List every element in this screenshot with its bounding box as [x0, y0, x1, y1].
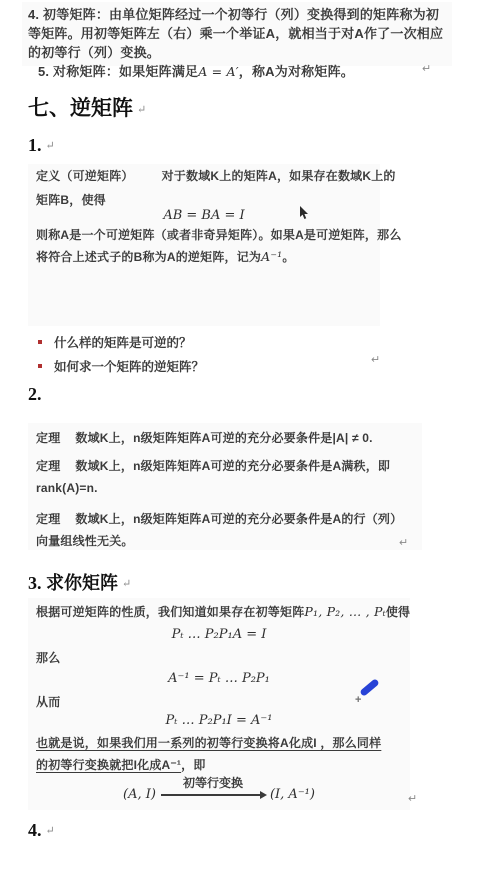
item-number: 1.	[28, 135, 42, 155]
text-line: 等矩阵。用初等矩阵左（右）乘一个举证A，就相当于对A作了一次相应	[28, 24, 446, 43]
theorem-block: 定理数域K上，n级矩阵矩阵A可逆的充分必要条件是|A| ≠ 0. 定理数域K上，…	[28, 423, 422, 550]
right-arrow-icon	[161, 794, 265, 796]
pen-plus-cursor-icon: +	[355, 694, 361, 706]
definition-line-2: 矩阵B，使得	[36, 192, 106, 208]
theorem-3-continued: 向量组线性无关。	[36, 533, 134, 549]
arrow-left-math: (A, I)	[123, 787, 156, 802]
paragraph-mark: ↵	[46, 825, 55, 837]
question-bullet-2: 如何求一个矩阵的逆矩阵？	[38, 357, 204, 375]
text-segment: 对于数域K上的矩阵A，如果存在数域K上的	[162, 169, 396, 183]
paragraph-mark: ↵	[371, 355, 380, 366]
section-heading: 七、逆矩阵↵	[28, 92, 146, 122]
inline-math: A⁻¹	[261, 249, 282, 264]
item-1-heading: 1.↵	[28, 135, 55, 156]
text-segment: 将符合上述式子的B称为A的逆矩阵，记为	[36, 250, 261, 264]
underlined-text: 的初等行变换就把I化成A⁻¹	[36, 758, 181, 772]
theorem-text: 数域K上，n级矩阵矩阵A可逆的充分必要条件是A满秩，即	[75, 459, 390, 473]
item-4-heading: 4.↵	[28, 820, 55, 841]
definition-line-3: 则称A是一个可逆矩阵（或者非奇异矩阵）。如果A是可逆矩阵，那么	[36, 227, 402, 243]
question-text: 如何求一个矩阵的逆矩阵？	[54, 357, 204, 375]
underlined-text: 也就是说，如果我们用一系列的初等行变换将A化成I ，那么同样	[36, 736, 381, 750]
thus-word: 从而	[36, 694, 60, 710]
paragraph-mark: ↵	[122, 578, 131, 590]
paragraph-symmetric-matrix: 5. 对称矩阵：如果矩阵满足A = A′，称A为对称矩阵。	[38, 62, 354, 81]
theorem-text: 数域K上，n级矩阵矩阵A可逆的充分必要条件是A的行（列）	[75, 512, 402, 526]
question-bullet-1: 什么样的矩阵是可逆的？	[38, 333, 192, 351]
theorem-1: 定理数域K上，n级矩阵矩阵A可逆的充分必要条件是|A| ≠ 0.	[36, 430, 373, 446]
item-number: 4.	[28, 820, 42, 840]
paragraph-mark: ↵	[46, 140, 55, 152]
paragraph-elementary-matrix: 4. 初等矩阵：由单位矩阵经过一个初等行（列）变换得到的矩阵称为初 等矩阵。用初…	[22, 2, 452, 66]
definition-block: 定义（可逆矩阵）对于数域K上的矩阵A，如果存在数域K上的 矩阵B，使得 AB =…	[28, 164, 380, 326]
text-line: 4. 初等矩阵：由单位矩阵经过一个初等行（列）变换得到的矩阵称为初	[28, 5, 446, 24]
derivation-intro: 根据可逆矩阵的性质，我们知道如果存在初等矩阵P₁, P₂, … , Pₜ使得	[36, 604, 410, 620]
document-page: 4. 初等矩阵：由单位矩阵经过一个初等行（列）变换得到的矩阵称为初 等矩阵。用初…	[0, 0, 485, 881]
derivation-block: 根据可逆矩阵的性质，我们知道如果存在初等矩阵P₁, P₂, … , Pₜ使得 P…	[28, 598, 410, 810]
arrow-middle: 初等行变换	[161, 776, 265, 802]
theorem-label: 定理	[36, 431, 60, 445]
theorem-label: 定理	[36, 459, 60, 473]
arrow-right-math: (I, A⁻¹)	[270, 787, 315, 802]
text-segment: 使得	[386, 605, 410, 619]
formula-ptp2p1a-i: Pₜ … P₂P₁A = I	[28, 627, 410, 642]
arrow-label: 初等行变换	[183, 776, 243, 790]
paragraph-mark: ↵	[137, 104, 146, 116]
text-segment: 5. 对称矩阵：如果矩阵满足	[38, 64, 198, 79]
mouse-cursor-icon	[299, 206, 311, 221]
paragraph-mark: ↵	[422, 64, 431, 75]
theorem-label: 定理	[36, 512, 60, 526]
definition-line-1: 定义（可逆矩阵）对于数域K上的矩阵A，如果存在数域K上的	[36, 168, 396, 184]
text-line: 的初等行（列）变换。	[28, 43, 446, 62]
text-segment: ，称A为对称矩阵。	[239, 64, 354, 79]
inline-math: A = A′	[198, 64, 239, 79]
formula-ab-ba-i: AB = BA = I	[28, 208, 380, 223]
text-segment: ，即	[181, 758, 205, 772]
conclusion-line-2: 的初等行变换就把I化成A⁻¹，即	[36, 757, 206, 773]
question-text: 什么样的矩阵是可逆的？	[54, 333, 192, 351]
formula-ptp2p1i-ainv: Pₜ … P₂P₁I = A⁻¹	[28, 713, 410, 728]
theorem-2-continued: rank(A)=n.	[36, 480, 98, 496]
section-heading-text: 七、逆矩阵	[28, 96, 133, 120]
theorem-3: 定理数域K上，n级矩阵矩阵A可逆的充分必要条件是A的行（列）	[36, 511, 402, 527]
formula-ainv-ptp2p1: A⁻¹ = Pₜ … P₂P₁	[28, 671, 410, 686]
paragraph-mark: ↵	[408, 794, 417, 805]
definition-line-4: 将符合上述式子的B称为A的逆矩阵，记为A⁻¹。	[36, 249, 295, 265]
bullet-icon	[38, 340, 42, 344]
text-segment: 根据可逆矩阵的性质，我们知道如果存在初等矩阵	[36, 605, 304, 619]
bullet-icon	[38, 364, 42, 368]
paragraph-mark: ↵	[399, 538, 408, 549]
definition-term: 定义（可逆矩阵）	[36, 169, 134, 183]
then-word: 那么	[36, 650, 60, 666]
theorem-text: 数域K上，n级矩阵矩阵A可逆的充分必要条件是|A| ≠ 0.	[75, 431, 372, 445]
item-heading-text: 3. 求你矩阵	[28, 573, 118, 593]
theorem-2: 定理数域K上，n级矩阵矩阵A可逆的充分必要条件是A满秩，即	[36, 458, 390, 474]
conclusion-line-1: 也就是说，如果我们用一系列的初等行变换将A化成I ，那么同样	[36, 735, 381, 751]
item-3-heading: 3. 求你矩阵↵	[28, 569, 131, 595]
arrow-formula: (A, I) 初等行变换 (I, A⁻¹)	[28, 776, 410, 802]
inline-math: P₁, P₂, … , Pₜ	[304, 604, 385, 619]
text-segment: 。	[282, 250, 294, 264]
item-2-heading: 2.	[28, 384, 42, 405]
